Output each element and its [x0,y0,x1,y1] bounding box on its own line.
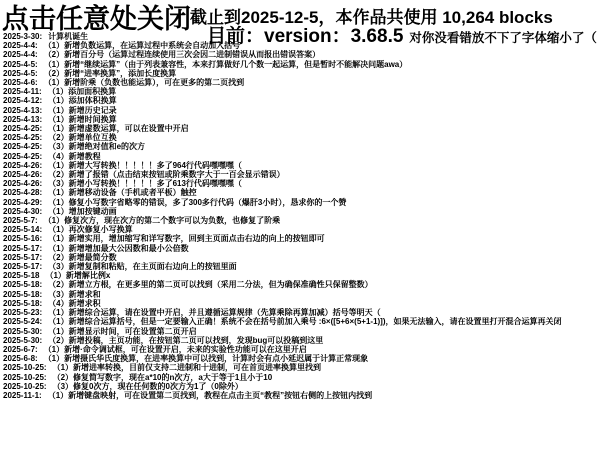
entry-date: 2025-5-23: [3,308,42,317]
changelog-entry: 2025-5-24:（1）新增综合运算括号，但是一定要输入正确！系统不会在括号前… [3,317,595,326]
changelog-entry: 2025-5-30:（2）新增投稿，主页功能，在按钮第二页可以找到，发现bug可… [3,336,595,345]
changelog-entry: 2025-4-26:（1）新增大写转换！！！！！多了964行代码嘿嘿嘿（ [3,161,595,170]
changelog-entry: 2025-10-25:（2）修复简写数字，现在a*10的n次方，a大于等于1且小… [3,373,595,382]
entry-text: （2）修复简写数字，现在a*10的n次方，a大于等于1且小于10 [53,373,273,382]
entry-date: 2025-4-4: [3,41,38,50]
entry-date: 2025-4-13: [3,115,42,124]
changelog-entry: 2025-4-12:（1）添加体积换算 [3,96,595,105]
changelog-entry: 2025-4-6:（1）新增阶乘（负数也能运算），可在更多的第二页找到 [3,78,595,87]
entry-date: 2025-4-26: [3,161,42,170]
entry-date: 2025-10-25: [3,382,47,391]
entry-text: （1）新增负数运算，在运算过程中系统会自动加入括号 [44,41,240,50]
entry-text: （3）新增复制和粘贴，在主页面右边向上的按钮里面 [48,262,236,271]
changelog-entry: 2025-5-17:（3）新增复制和粘贴，在主页面右边向上的按钮里面 [3,262,595,271]
changelog-entry: 2025-4-25:（1）新增虚数运算，可以在设置中开启 [3,124,595,133]
changelog-overlay[interactable]: 点击任意处关闭 截止到2025-12-5，本作品共使用 10,264 block… [0,0,600,450]
entry-date: 2025-4-5: [3,69,38,78]
entry-date: 2025-5-17: [3,244,42,253]
entry-text: （3）新增小写转换！！！！！多了613行代码嘿嘿嘿（ [48,179,242,188]
entry-text: （1）新增显示时间，可在设置第二页开启 [48,327,196,336]
entry-text: 计算机诞生 [48,32,88,41]
changelog-entry: 2025-4-26:（2）新增了报错（点击结束按钮或阶乘数字大于一百会显示错误） [3,170,595,179]
entry-date: 2025-6-8: [3,354,38,363]
entry-text: （1）添加面积换算 [48,87,116,96]
changelog-entry: 2025-5-17:（2）新增最简分数 [3,253,595,262]
entry-date: 2025-10-25: [3,373,47,382]
changelog-list: 2025-3-30:计算机诞生 2025-4-4:（1）新增负数运算，在运算过程… [3,32,595,400]
entry-date: 2025-4-26: [3,179,42,188]
entry-date: 2025-4-11: [3,87,42,96]
entry-date: 2025-5-30: [3,336,42,345]
changelog-entry: 2025-4-25:（3）新增绝对值和e的次方 [3,142,595,151]
entry-text: （3）新增绝对值和e的次方 [48,142,145,151]
entry-date: 2025-4-12: [3,96,42,105]
entry-text: （1）新增综合运算，请在设置中开启，并且遵循运算规律（先算乘除再算加减）括号等明… [48,308,380,317]
changelog-entry: 2025-5-7:（1）修复次方，现在次方的第二个数字可以为负数，也修复了阶乘 [3,216,595,225]
entry-date: 2025-4-25: [3,152,42,161]
entry-text: （1）新增综合运算括号，但是一定要输入正确！系统不会在括号前加入乘号 :6×([… [48,317,561,326]
entry-date: 2025-4-26: [3,170,42,179]
entry-date: 2025-4-5: [3,60,38,69]
entry-text: （4）新增求积 [48,299,100,308]
entry-date: 2025-5-17: [3,253,42,262]
entry-date: 2025-3-30: [3,32,42,41]
changelog-entry: 2025-10-25:（1）新增进率转换，目前仅支持二进制和十进制，可在首页进率… [3,363,595,372]
entry-date: 2025-5-7: [3,216,38,225]
entry-date: 2025-5-18 [3,271,39,280]
entry-text: （1）新增大写转换！！！！！多了964行代码嘿嘿嘿（ [48,161,242,170]
entry-text: （1）新增增加最大公因数和最小公倍数 [48,244,188,253]
entry-date: 2025-4-30: [3,207,42,216]
changelog-entry: 2025-3-30:计算机诞生 [3,32,595,41]
entry-date: 2025-4-13: [3,106,42,115]
close-hint-title: 点击任意处关闭 [2,0,191,36]
entry-date: 2025-6-7: [3,345,38,354]
entry-date: 2025-5-18: [3,299,42,308]
entry-text: （1）新增解比例x [45,271,110,280]
entry-text: （2）新增投稿，主页功能，在按钮第二页可以找到，发现bug可以投稿到这里 [48,336,323,345]
changelog-entry: 2025-5-18:（2）新增立方根，在更多里的第二页可以找到（采用二分法，但为… [3,280,595,289]
entry-text: （2）新增百分号（运算过程连续使用三次会因二进制错误从而报出错误答案） [44,50,320,59]
entry-date: 2025-5-18: [3,290,42,299]
changelog-entry: 2025-4-4:（2）新增百分号（运算过程连续使用三次会因二进制错误从而报出错… [3,50,595,59]
entry-date: 2025-4-28: [3,188,42,197]
entry-text: （2）新增单位互换 [48,133,116,142]
entry-text: （1）添加体积换算 [48,96,116,105]
entry-text: （1）新增键盘映射，可在设置第二页找到，教程在点击主页“教程”按钮右侧的上按钮内… [48,391,372,400]
changelog-entry: 2025-5-16:（1）新增实用，增加缩写和详写数字，回到主页面点击右边的向上… [3,234,595,243]
changelog-entry: 2025-4-13:（1）新增历史记录 [3,106,595,115]
changelog-entry: 2025-5-23:（1）新增综合运算，请在设置中开启，并且遵循运算规律（先算乘… [3,308,595,317]
entry-date: 2025-5-14: [3,225,42,234]
entry-text: （1）修复次方，现在次方的第二个数字可以为负数，也修复了阶乘 [44,216,280,225]
entry-text: （1）再次修复小写换算 [48,225,132,234]
changelog-entry: 2025-5-30:（1）新增显示时间，可在设置第二页开启 [3,327,595,336]
changelog-entry: 2025-5-17:（1）新增增加最大公因数和最小公倍数 [3,244,595,253]
entry-date: 2025-10-25: [3,363,47,372]
entry-text: （1）新增历史记录 [48,106,116,115]
entry-date: 2025-5-30: [3,327,42,336]
entry-date: 2025-5-24: [3,317,42,326]
changelog-entry: 2025-4-13:（1）新增时间换算 [3,115,595,124]
entry-text: （2）新增立方根，在更多里的第二页可以找到（采用二分法，但为确保准确性只保留整数… [48,280,372,289]
entry-text: （2）新增“进率换算”，添加长度换算 [44,69,176,78]
entry-text: （1）新增进率转换，目前仅支持二进制和十进制，可在首页进率换算里找到 [53,363,321,372]
changelog-entry: 2025-10-25:（3）修复0次方，现在任何数的0次方为1了（0除外） [3,382,595,391]
entry-text: （1）新增移动设备（手机或者平板）触控 [48,188,196,197]
entry-date: 2025-5-18: [3,280,42,289]
entry-text: （1）新增时间换算 [48,115,116,124]
changelog-entry: 2025-5-18:（3）新增求和 [3,290,595,299]
changelog-entry: 2025-6-7:（1）新增·命令调试框，可在设置开启，未来的实验性功能可以在这… [3,345,595,354]
entry-date: 2025-4-25: [3,124,42,133]
entry-text: （1）新增·命令调试框，可在设置开启，未来的实验性功能可以在这里开启 [44,345,307,354]
entry-text: （4）新增教程 [48,152,100,161]
entry-text: （1）新增阶乘（负数也能运算），可在更多的第二页找到 [44,78,244,87]
changelog-entry: 2025-4-25:（4）新增教程 [3,152,595,161]
entry-date: 2025-4-25: [3,133,42,142]
entry-date: 2025-5-17: [3,262,42,271]
entry-text: （3）修复0次方，现在任何数的0次方为1了（0除外） [53,382,243,391]
changelog-entry: 2025-6-8:（1）新增摄氏华氏度换算，在进率换算中可以找到，计算时会有点小… [3,354,595,363]
entry-date: 2025-4-29: [3,198,42,207]
entry-text: （2）新增了报错（点击结束按钮或阶乘数字大于一百会显示错误） [48,170,284,179]
changelog-entry: 2025-4-28:（1）新增移动设备（手机或者平板）触控 [3,188,595,197]
entry-date: 2025-4-4: [3,50,38,59]
entry-text: （1）增加按键动画 [48,207,116,216]
entry-text: （1）新增虚数运算，可以在设置中开启 [48,124,188,133]
entry-text: （1）新增摄氏华氏度换算，在进率换算中可以找到，计算时会有点小延迟属于计算正常现… [44,354,368,363]
changelog-entry: 2025-4-5:（1）新增“继续运算”（由于列表兼容性，本来打算做好几个数一起… [3,60,595,69]
changelog-entry: 2025-4-29:（1）修复小写数字省略零的错误，多了300多行代码（爆肝3小… [3,198,595,207]
entry-date: 2025-4-6: [3,78,38,87]
entry-date: 2025-5-16: [3,234,42,243]
entry-text: （2）新增最简分数 [48,253,116,262]
changelog-entry: 2025-4-5:（2）新增“进率换算”，添加长度换算 [3,69,595,78]
entry-date: 2025-4-25: [3,142,42,151]
entry-text: （1）新增“继续运算”（由于列表兼容性，本来打算做好几个数一起运算，但是暂时不能… [44,60,408,69]
changelog-entry: 2025-4-30:（1）增加按键动画 [3,207,595,216]
changelog-entry: 2025-5-18:（4）新增求积 [3,299,595,308]
changelog-entry: 2025-11-1:（1）新增键盘映射，可在设置第二页找到，教程在点击主页“教程… [3,391,595,400]
entry-text: （1）修复小写数字省略零的错误，多了300多行代码（爆肝3小时），恳求你的一个赞 [48,198,346,207]
entry-date: 2025-11-1: [3,391,42,400]
entry-text: （1）新增实用，增加缩写和详写数字，回到主页面点击右边的向上的按钮即可 [48,234,324,243]
entry-text: （3）新增求和 [48,290,100,299]
